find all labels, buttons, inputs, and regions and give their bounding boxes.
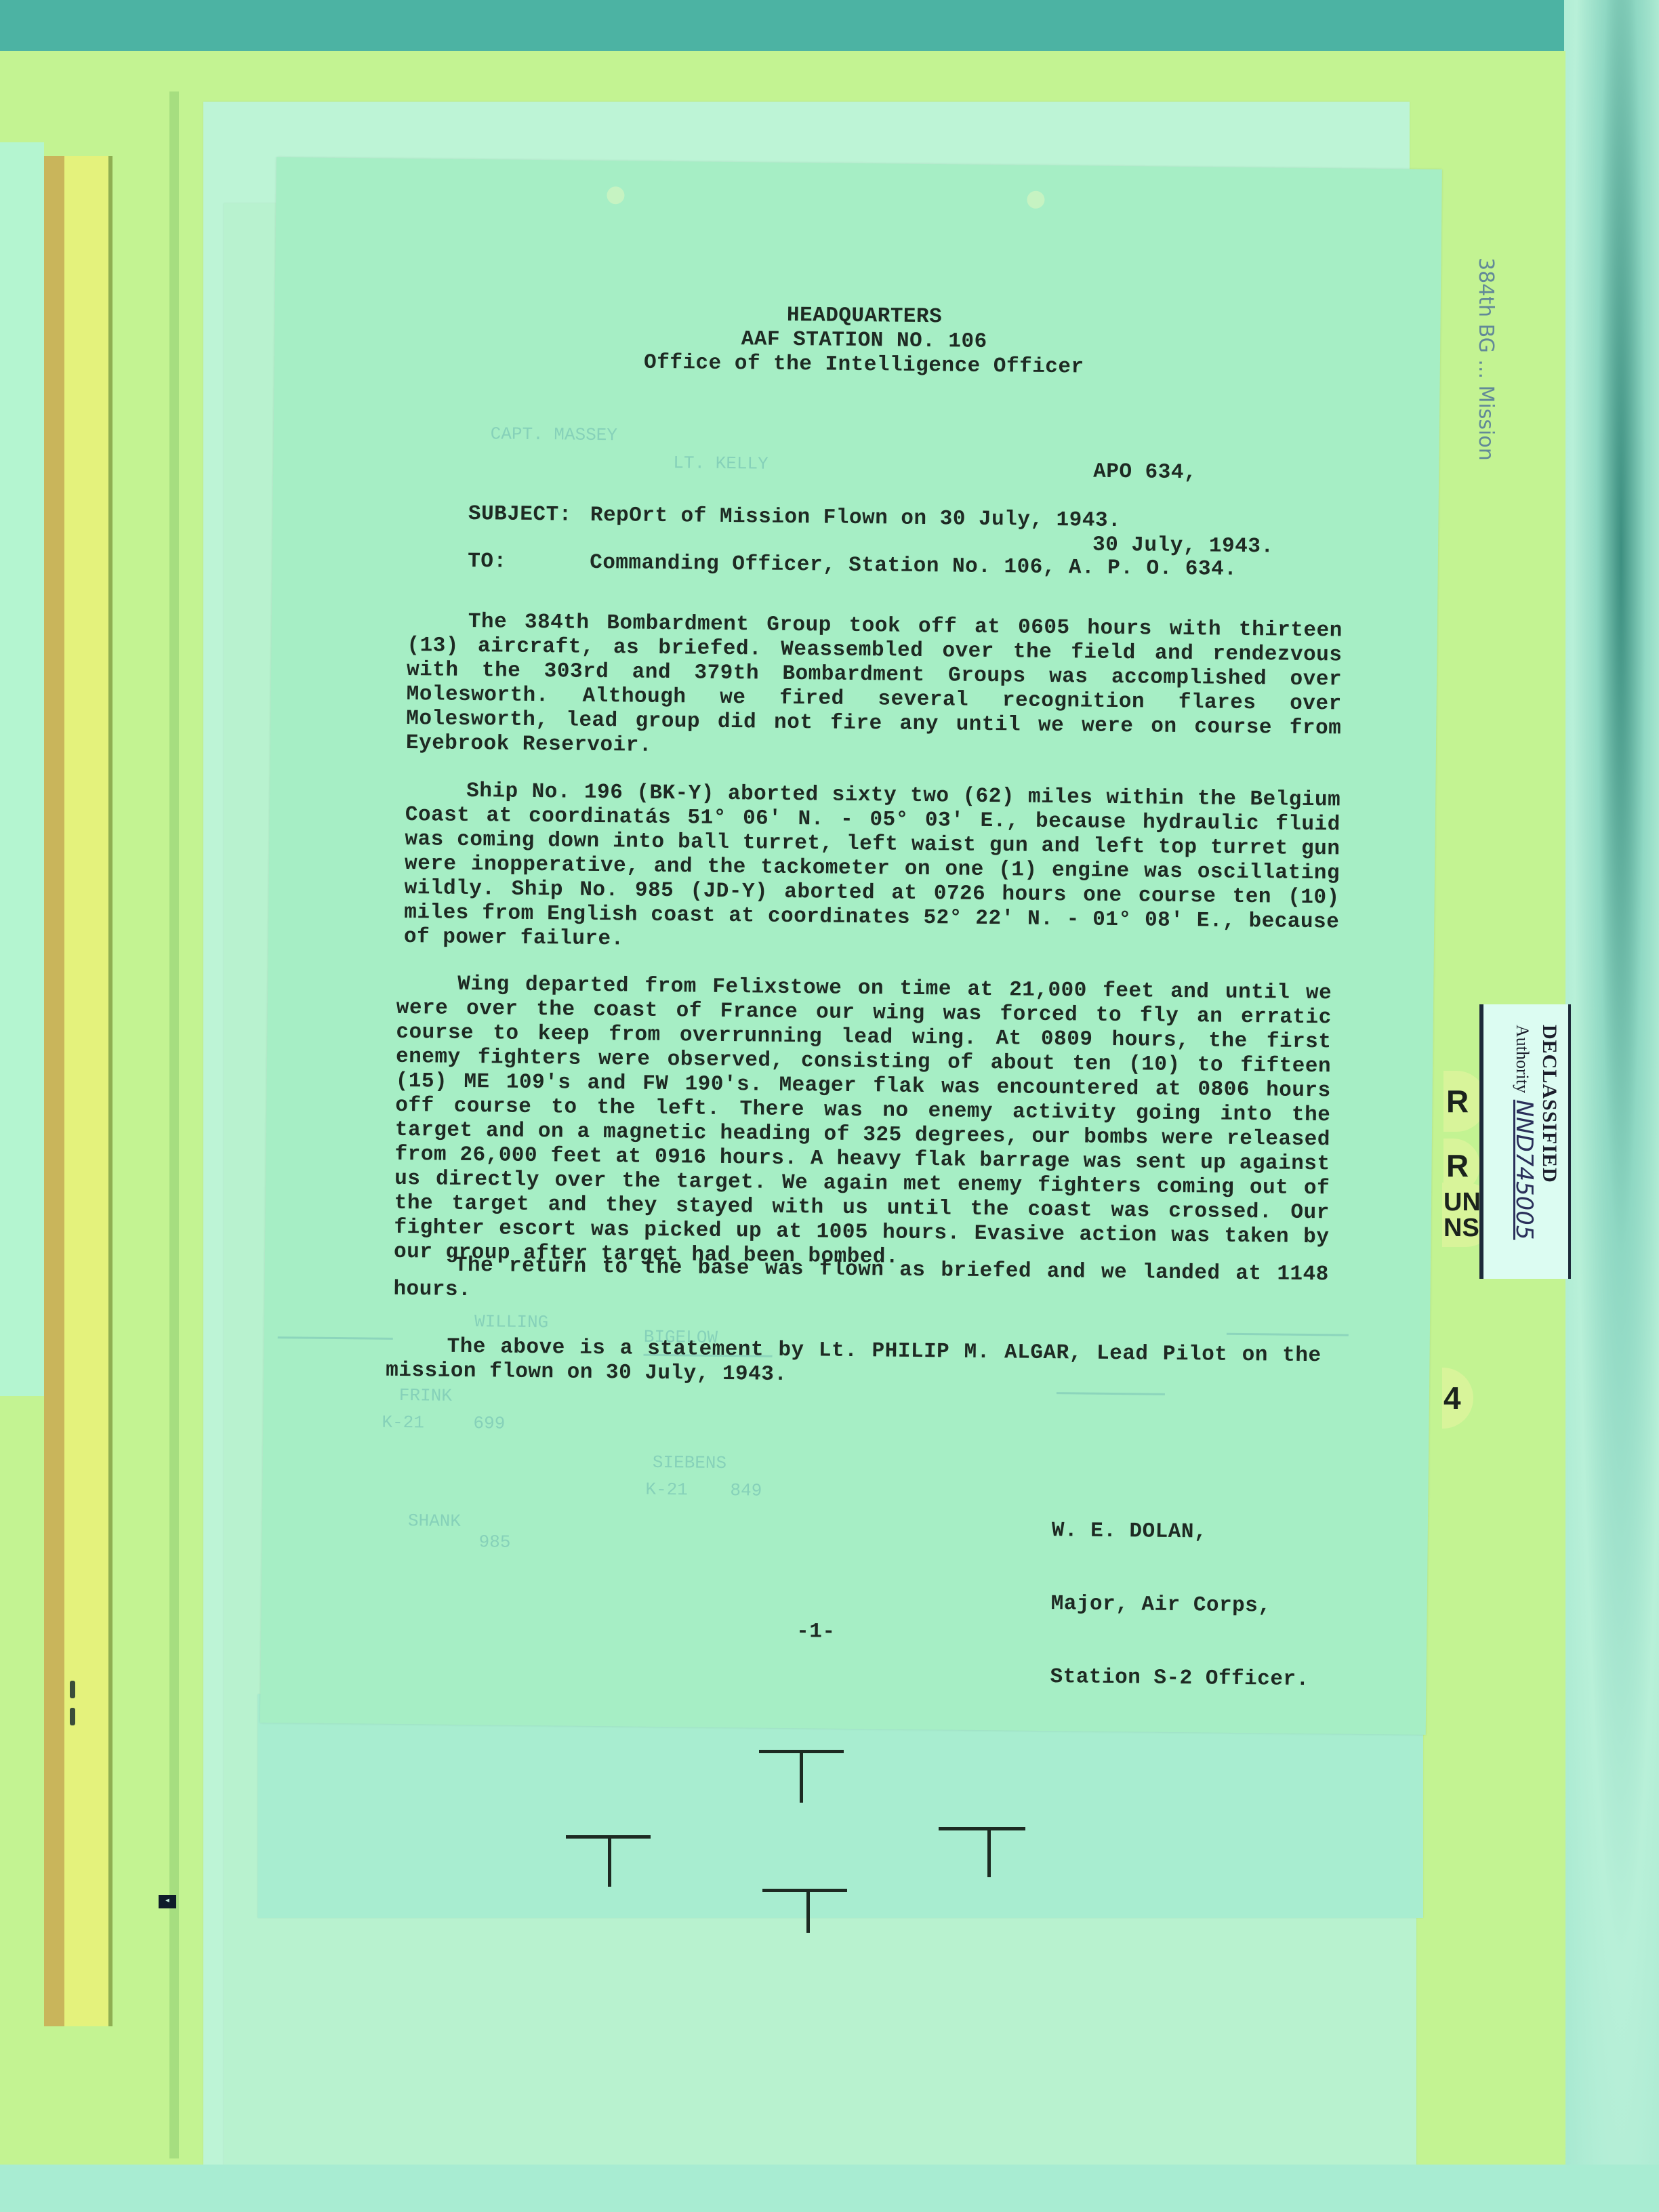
punch-hole	[1027, 191, 1044, 209]
formation-marker-slot	[762, 1889, 851, 1936]
to-label: TO:	[468, 550, 590, 575]
backdrop-top	[0, 0, 1659, 51]
punch-hole	[607, 186, 624, 204]
tab-label: R	[1446, 1083, 1469, 1120]
declassified-title: DECLASSIFIED	[1538, 1025, 1561, 1269]
bleed-name: FRINK	[399, 1385, 452, 1406]
subject-label: SUBJECT:	[468, 502, 590, 528]
left-envelope	[44, 156, 112, 2026]
bleed-line	[1227, 1333, 1349, 1336]
paragraph-mission: Wing departed from Felixstowe on time at…	[394, 972, 1332, 1274]
signer-title: Station S-2 Officer.	[1050, 1665, 1309, 1692]
apo-number: APO 634,	[1093, 460, 1275, 487]
bleed-name: LT. KELLY	[673, 453, 769, 474]
corner-marker-icon: ◂	[159, 1895, 176, 1908]
paragraph-aborts: Ship No. 196 (BK-Y) aborted sixty two (6…	[404, 779, 1341, 959]
authority-value: NND745005	[1511, 1100, 1538, 1240]
bleed-line	[278, 1336, 393, 1340]
staple-icon	[70, 1708, 75, 1725]
bleed-name: SHANK	[408, 1511, 461, 1532]
declassified-label: DECLASSIFIED Authority NND745005	[1479, 1004, 1571, 1279]
page-number: -1-	[796, 1620, 836, 1645]
tab-label: 4	[1443, 1380, 1461, 1416]
paragraph-takeoff: The 384th Bombardment Group took off at …	[406, 609, 1343, 765]
signature-block: W. E. DOLAN, Major, Air Corps, Station S…	[1050, 1470, 1311, 1741]
backdrop-right	[1564, 0, 1659, 2212]
signer-rank: Major, Air Corps,	[1051, 1592, 1310, 1619]
tab-label: R	[1446, 1147, 1469, 1184]
letterhead: HEADQUARTERS AAF STATION NO. 106 Office …	[559, 301, 1170, 380]
formation-marker-lead	[759, 1750, 847, 1804]
bleed-name: WILLING	[474, 1311, 549, 1332]
paragraph-return: The return to the base was flown as brie…	[393, 1253, 1329, 1311]
backdrop-bottom	[0, 2165, 1659, 2212]
bleed-code: K-21	[645, 1479, 688, 1500]
mission-report-page: WILLING BIGELOW FRINK K-21 699 SIEBENS K…	[260, 157, 1442, 1735]
to-line: TO:Commanding Officer, Station No. 106, …	[415, 525, 1237, 607]
bleed-code: 849	[730, 1480, 762, 1500]
signer-name: W. E. DOLAN,	[1052, 1519, 1311, 1546]
formation-marker-right	[939, 1827, 1027, 1881]
bleed-name: SIEBENS	[653, 1452, 727, 1473]
bleed-line	[1057, 1392, 1165, 1395]
folder-fold	[169, 91, 179, 2158]
paragraph-statement: The above is a statement by Lt. PHILIP M…	[386, 1334, 1322, 1393]
bleed-code: 699	[473, 1413, 505, 1433]
to-value: Commanding Officer, Station No. 106, A. …	[590, 551, 1237, 581]
handwritten-margin-note: 384th BG ... Mission	[1471, 258, 1498, 542]
staple-icon	[70, 1681, 75, 1698]
bleed-code: K-21	[382, 1412, 424, 1433]
left-white-sheet	[0, 142, 44, 1396]
bleed-code: 985	[478, 1532, 510, 1552]
authority-label: Authority	[1513, 1025, 1532, 1093]
bleed-name: CAPT. MASSEY	[491, 424, 618, 445]
formation-marker-left	[566, 1835, 654, 1889]
